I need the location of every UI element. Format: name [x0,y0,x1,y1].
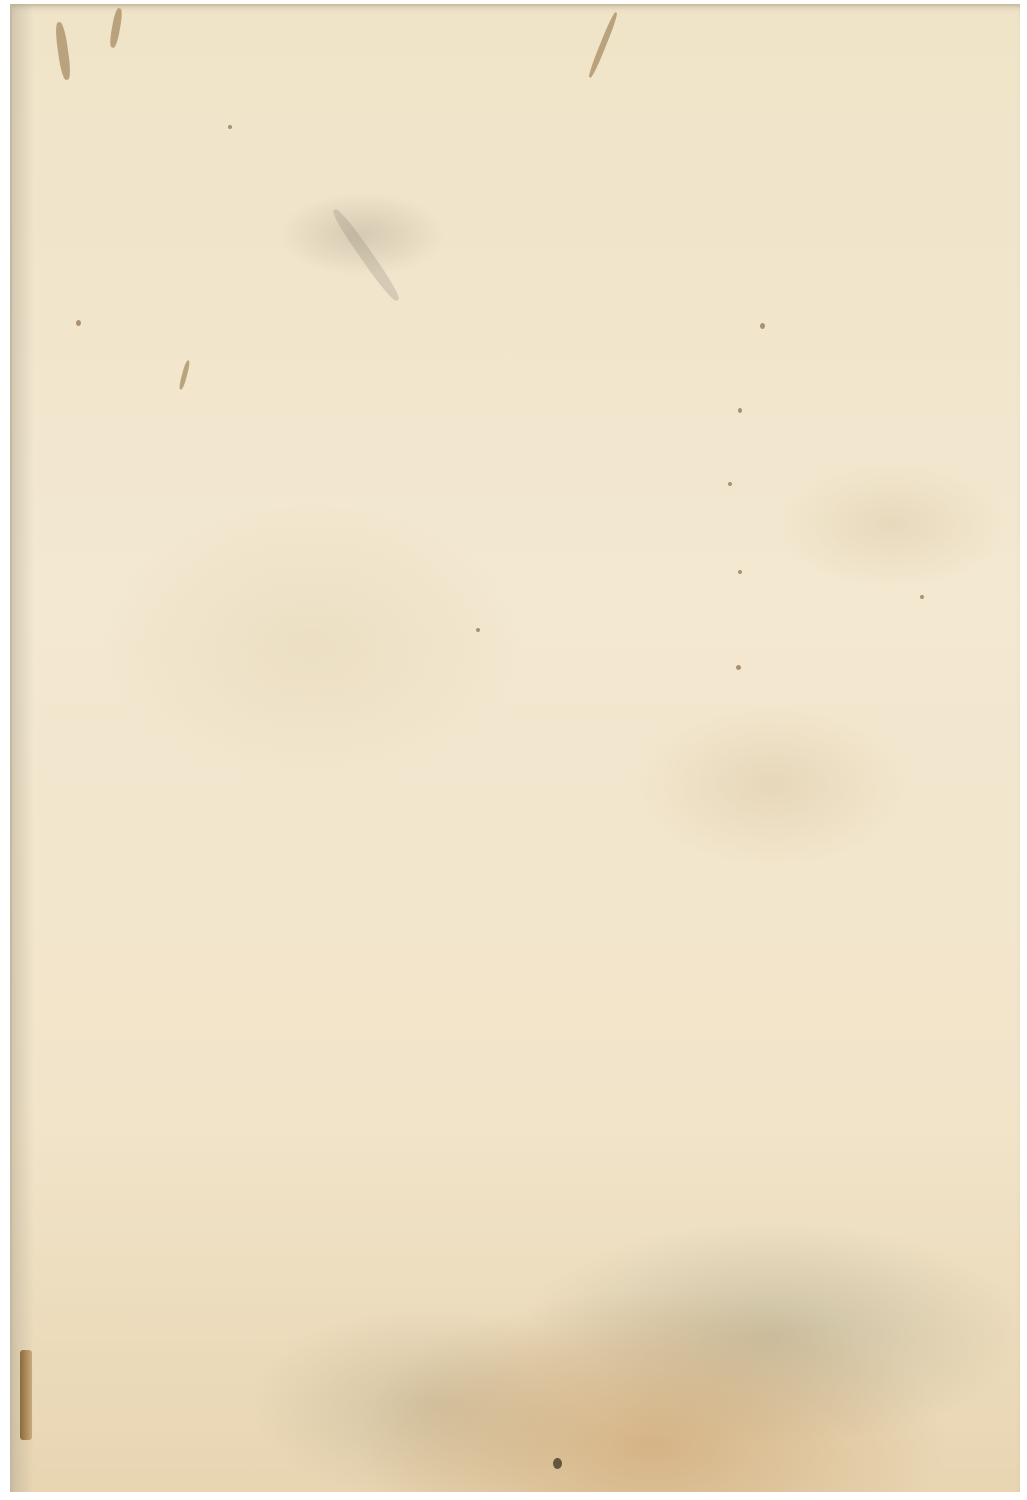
spot-mark [476,628,480,632]
spot-mark [228,125,232,129]
spot-mark [553,1458,562,1469]
binding-edge [10,4,34,1492]
spot-mark [760,323,765,329]
spot-mark [738,408,742,413]
spot-mark [76,320,81,326]
spot-mark [728,482,732,486]
spot-mark [736,665,741,670]
binding-tear [20,1350,32,1440]
paper-page [10,4,1020,1492]
spot-mark [920,595,924,599]
spot-mark [738,570,742,574]
